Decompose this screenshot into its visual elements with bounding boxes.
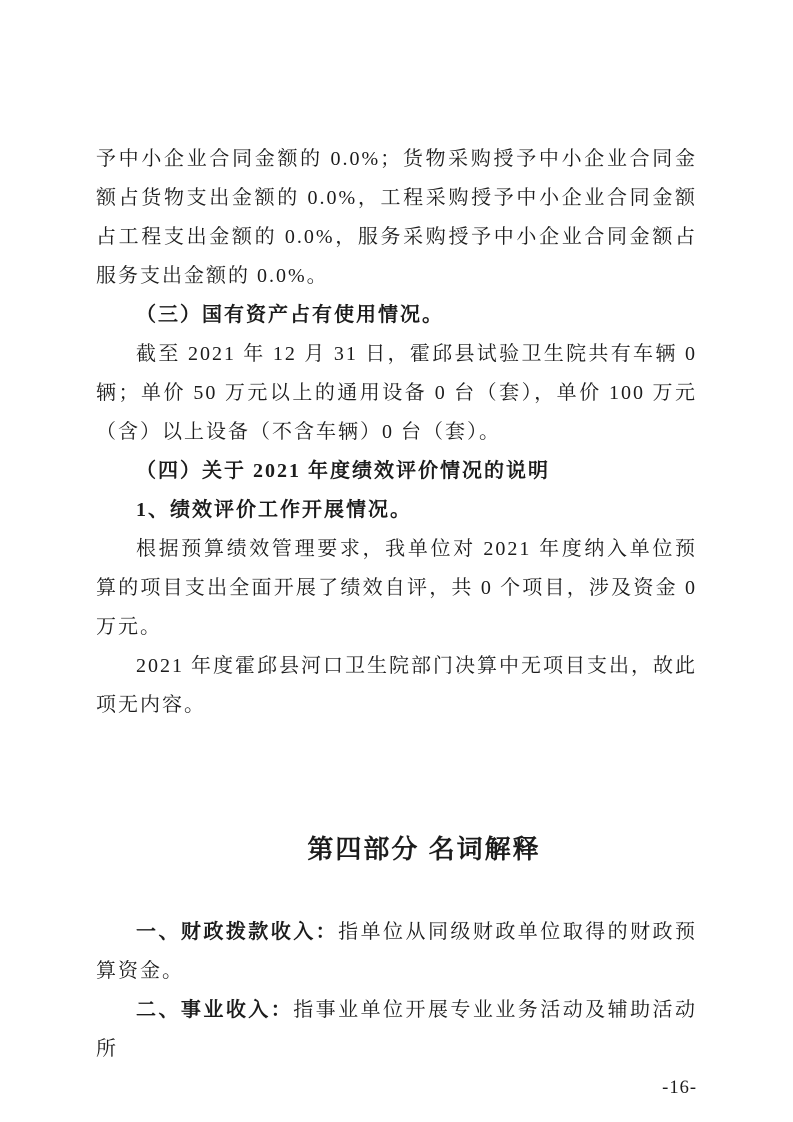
carryover-paragraph: 予中小企业合同金额的 0.0%；货物采购授予中小企业合同金额占货物支出金额的 0…	[96, 140, 697, 296]
page-number: -16-	[96, 1069, 697, 1108]
paragraph-performance-noproject: 2021 年度霍邱县河口卫生院部门决算中无项目支出，故此项无内容。	[96, 647, 697, 725]
term-label-fiscal-appropriation: 一、财政拨款收入：	[136, 921, 338, 943]
term-definition-operating-income: 二、事业收入：指事业单位开展专业业务活动及辅助活动所	[96, 991, 697, 1069]
subsection-heading-performance-work: 1、绩效评价工作开展情况。	[96, 491, 697, 530]
paragraph-performance-selfreview: 根据预算绩效管理要求，我单位对 2021 年度纳入单位预算的项目支出全面开展了绩…	[96, 530, 697, 647]
paragraph-state-assets: 截至 2021 年 12 月 31 日，霍邱县试验卫生院共有车辆 0 辆；单价 …	[96, 335, 697, 452]
content-area: 予中小企业合同金额的 0.0%；货物采购授予中小企业合同金额占货物支出金额的 0…	[96, 140, 697, 1108]
document-page: 予中小企业合同金额的 0.0%；货物采购授予中小企业合同金额占货物支出金额的 0…	[0, 0, 793, 1122]
term-label-operating-income: 二、事业收入：	[136, 999, 293, 1021]
term-definition-fiscal-appropriation: 一、财政拨款收入：指单位从同级财政单位取得的财政预算资金。	[96, 913, 697, 991]
part-four-title: 第四部分 名词解释	[96, 833, 697, 865]
section-heading-performance: （四）关于 2021 年度绩效评价情况的说明	[96, 452, 697, 491]
section-heading-state-assets: （三）国有资产占有使用情况。	[96, 296, 697, 335]
